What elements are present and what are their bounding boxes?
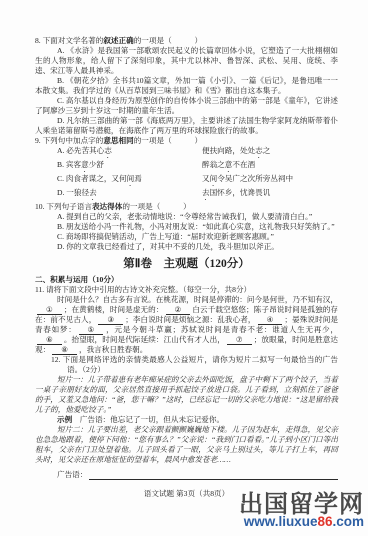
q10-stem-post: 的一项是（ ） bbox=[122, 202, 190, 211]
q11-seg-12: 。抬望眼，时间是代际延续：江山代有才人出， bbox=[64, 335, 225, 344]
q10-option-b: B. 朋友送给小冯一件礼物，小冯对朋友说：“如此真心实意，这礼物我只好笑纳了。” bbox=[57, 222, 338, 232]
q12-answer-line: 广告语： bbox=[57, 469, 338, 480]
q9-option-c: C. 肉食者谋之，又何间焉 又间令吴广之次所旁丛祠中 bbox=[57, 174, 338, 188]
q9-option-a-left: A. 必先苦其心志 bbox=[57, 146, 202, 160]
q8-option-b: B. 《朝花夕拾》全书共10篇文章，外加一篇《小引》、一篇《后记》，是鲁迅唯一一… bbox=[35, 76, 338, 96]
q9-a-left-text: 必先苦其心 bbox=[66, 146, 104, 155]
q11-blank-1-number: ① bbox=[46, 305, 53, 314]
question-12-stem: 12. 下面是网络评选的亲情类最感人公益短片，请你为短片二拟写一句最恰当的广告语… bbox=[51, 355, 338, 375]
question-10-stem: 10. 下列句子语言表达得体的一项是（ ） bbox=[35, 202, 338, 212]
q9-stem-bold: 意思相同 bbox=[103, 136, 133, 145]
q10-option-d: D. 你的文章我已经看过了，对其中不妥的几处，我斗胆加以斧正。 bbox=[57, 242, 338, 252]
q11-blank-6: ⑥ bbox=[37, 335, 62, 345]
q12-example-text: 广告语：他忘记了一切，但从未忘记爱你。 bbox=[72, 415, 224, 424]
q11-seg-0: 时间是什么？自古多有言说。在桃花源，时间是停滞的：问今是何世，乃不知有汉， bbox=[57, 295, 338, 304]
q12-clip-1: 短片一：儿子带着患有老年痴呆症的父亲去外面吃饭，盘子中剩下了两个饺子，当着一桌子… bbox=[35, 375, 338, 415]
q9-option-b-left: B. 宾客意少舒 bbox=[57, 160, 202, 174]
q11-blank-8: ⑧ bbox=[52, 345, 77, 355]
watermark-url-prefix: www.liuxue bbox=[244, 514, 318, 529]
q9-option-a-right: 便扶向路，处处志之 bbox=[202, 146, 338, 160]
q9-b-left-tail: 少舒 bbox=[89, 160, 104, 169]
answer-underline bbox=[89, 471, 338, 480]
q9-option-b: B. 宾客意少舒 醉翁之意不在酒 bbox=[57, 160, 338, 174]
question-8-stem: 8. 下面对文学名著的叙述正确的一项是（ ） bbox=[35, 36, 338, 46]
q9-a-right-dotted-char: 志 bbox=[255, 146, 263, 155]
q9-option-a: A. 必先苦其心志 便扶向路，处处志之 bbox=[57, 146, 338, 160]
q11-seg-10: ，元是今朝斗草赢；苏轼说时间是青春不老：谁道人生无再少， bbox=[105, 325, 338, 334]
q9-c-right-tail: 令吴广之次所旁丛祠中 bbox=[217, 174, 293, 183]
q11-blank-2-number: ② bbox=[175, 305, 182, 314]
q9-option-c-left: C. 肉食者谋之，又何间焉 bbox=[57, 174, 202, 188]
q11-seg-2: ；在黄鹤楼，时间是虚无的： bbox=[64, 305, 164, 314]
q10-option-c: C. 商场即将搞促销活动，广告上写道：“届时欢迎新老顾客惠顾。” bbox=[57, 232, 338, 242]
q9-c-label: C. bbox=[57, 174, 66, 183]
q10-stem-pre: 10. 下列句子语言 bbox=[35, 202, 92, 211]
q11-blank-5: ⑤ bbox=[79, 325, 104, 335]
q10-option-a: A. 提到自己的父亲，老张动情地说：“令尊经常告诫我们，做人要清清白白。” bbox=[57, 212, 338, 222]
q9-d-left-dotted-char: 去 bbox=[89, 188, 97, 197]
q9-a-right-text: 便扶向路，处处 bbox=[202, 146, 255, 155]
watermark-site-url: www.liuxue86.com bbox=[244, 515, 364, 529]
q12-example-label: 示例 bbox=[57, 415, 72, 424]
q9-option-b-right: 醉翁之意不在酒 bbox=[202, 160, 338, 174]
q11-passage: 时间是什么？自古多有言说。在桃花源，时间是停滞的：问今是何世，乃不知有汉，①；在… bbox=[35, 295, 338, 355]
q8-option-d: D. 凡尔纳三部曲的第一部《海底两万里》，主要讲述了法国生物学家阿龙纳斯带着仆人… bbox=[35, 116, 338, 136]
watermark: 出国留学网 www.liuxue86.com bbox=[239, 493, 364, 529]
q9-c-right-text: 又 bbox=[202, 174, 210, 183]
section-2-title: 第Ⅱ卷 主观题（120分） bbox=[35, 257, 338, 271]
q12-example: 示例 广告语：他忘记了一切，但从未忘记爱你。 bbox=[35, 415, 338, 425]
q9-option-d: D. 一狼径去 去国怀乡，忧谗畏讥 bbox=[57, 188, 338, 202]
q8-option-c: C. 高尔基以自身经历为原型创作的自传体小说三部曲中的第一部是《童年》，它讲述了… bbox=[35, 96, 338, 116]
q9-stem-pre: 9. 下列句中加点字的 bbox=[35, 136, 103, 145]
q9-b-left-dotted-char: 意 bbox=[81, 160, 89, 169]
q9-a-right-tail: 之 bbox=[263, 146, 271, 155]
q9-b-right-tail: 不在酒 bbox=[232, 160, 255, 169]
q11-blank-8-number: ⑧ bbox=[61, 345, 68, 354]
q9-stem-post: 的一项是（ ） bbox=[134, 136, 202, 145]
q11-blank-3-number: ③ bbox=[107, 315, 114, 324]
q11-seg-16: ，我言秋日胜春朝。 bbox=[79, 345, 147, 354]
q9-b-left-text: 宾客 bbox=[66, 160, 81, 169]
q8-option-a: A. 《水浒》是我国第一部歌颂农民起义的长篇章回体小说，它塑造了一大批栩栩如生的… bbox=[35, 46, 338, 76]
q11-blank-3: ③ bbox=[98, 315, 123, 325]
q11-blank-4: ④ bbox=[258, 315, 283, 325]
section-2-subtitle: 二、积累与运用（10分） bbox=[35, 275, 338, 285]
q12-clip-2: 短片二：儿子要出差，老父亲跟着颤颤巍巍地下楼。儿子因为赶车，走得急，见父亲也急急… bbox=[35, 425, 338, 465]
q11-seg-6: ；李白说时间是烦恼之源：乱我心者， bbox=[125, 315, 255, 324]
q9-b-label: B. bbox=[57, 160, 66, 169]
q9-a-left-dotted-char: 志 bbox=[104, 146, 112, 155]
watermark-url-suffix: .com bbox=[332, 514, 364, 529]
q9-c-left-tail: 焉 bbox=[134, 174, 142, 183]
q8-stem-post: 的一项是（ ） bbox=[134, 36, 202, 45]
q11-blank-2: ② bbox=[166, 305, 191, 315]
q11-blank-4-number: ④ bbox=[267, 315, 274, 324]
q9-d-left-text: 一狼径 bbox=[66, 188, 89, 197]
q9-option-d-left: D. 一狼径去 bbox=[57, 188, 202, 202]
q9-b-right-text: 醉翁之 bbox=[202, 160, 225, 169]
exam-paper-page: 8. 下面对文学名著的叙述正确的一项是（ ） A. 《水浒》是我国第一部歌颂农民… bbox=[0, 0, 368, 536]
q9-option-c-right: 又间令吴广之次所旁丛祠中 bbox=[202, 174, 338, 188]
q9-d-label: D. bbox=[57, 188, 66, 197]
q9-option-d-right: 去国怀乡，忧谗畏讥 bbox=[202, 188, 338, 202]
q9-d-right-tail: 国怀乡，忧谗畏讥 bbox=[210, 188, 271, 197]
question-11-stem: 11. 请将下面文段中引用的古诗文补充完整。（每空一分，共8分） bbox=[35, 285, 338, 295]
q11-blank-7: ⑦ bbox=[227, 335, 252, 345]
q12-answer-label: 广告语： bbox=[57, 470, 87, 480]
q10-stem-bold: 表达得体 bbox=[92, 202, 122, 211]
watermark-url-number: 86 bbox=[317, 514, 332, 529]
q8-stem-bold: 叙述正确 bbox=[103, 36, 133, 45]
question-9-stem: 9. 下列句中加点字的意思相同的一项是（ ） bbox=[35, 136, 338, 146]
q9-a-label: A. bbox=[57, 146, 66, 155]
q11-blank-6-number: ⑥ bbox=[46, 335, 53, 344]
q11-blank-5-number: ⑤ bbox=[88, 325, 95, 334]
q9-d-right-dotted-char: 去 bbox=[202, 188, 210, 197]
q9-c-left-text: 肉食者谋之，又何 bbox=[66, 174, 127, 183]
q11-blank-7-number: ⑦ bbox=[236, 335, 243, 344]
q11-blank-1: ① bbox=[37, 305, 62, 315]
q8-stem-pre: 8. 下面对文学名著的 bbox=[35, 36, 103, 45]
